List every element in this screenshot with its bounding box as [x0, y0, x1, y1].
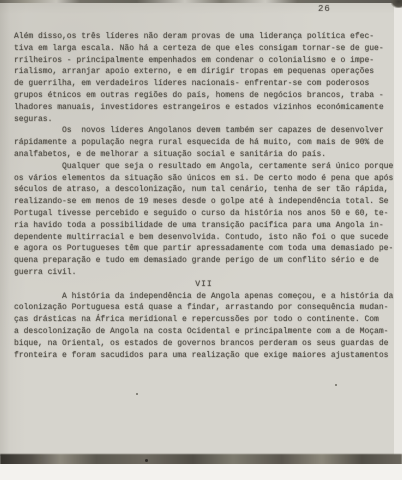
- text-line: a descolonização de Angola na costa Ocid…: [14, 326, 394, 338]
- text-body: Além disso,os três líderes não deram pro…: [14, 31, 394, 361]
- text-line: e agora os Portugueses têm que partir ap…: [14, 243, 394, 255]
- text-line: Portugal tivesse percebido e seguido o c…: [14, 208, 394, 220]
- text-line: de guerrilha, em verdadeiros líderes nac…: [14, 78, 394, 90]
- text-line: guerra civil.: [14, 267, 394, 279]
- paragraph: Qualquer que seja o resultado em Angola,…: [14, 161, 394, 279]
- text-line: quena preparação e tudo em demasiado gra…: [14, 255, 394, 267]
- scanned-document-page: 26 Além disso,os três líderes não deram …: [0, 0, 402, 480]
- scanner-bottom-margin: [0, 464, 402, 480]
- scanner-right-margin: [394, 0, 402, 456]
- section-heading: VII: [14, 279, 394, 291]
- scan-speck: [335, 384, 337, 386]
- text-line: rápidamente a população negra rural esqu…: [14, 137, 394, 149]
- text-line: seguras.: [14, 114, 394, 126]
- page-top-edge-shadow: [0, 0, 402, 3]
- text-line: Qualquer que seja o resultado em Angola,…: [14, 161, 394, 173]
- scan-speck: [136, 393, 138, 395]
- text-line: rialismo, arranjar apoio externo, e em d…: [14, 66, 394, 78]
- text-line: dependente multirracial e bem desenvolvi…: [14, 232, 394, 244]
- text-line: lhadores manuais, investidores estrangei…: [14, 102, 394, 114]
- text-line: bique, na Oriental, os estados de govern…: [14, 338, 394, 350]
- paragraph: Além disso,os três líderes não deram pro…: [14, 31, 394, 125]
- text-line: ria havido toda a possibilidade de uma t…: [14, 220, 394, 232]
- paragraph: Os novos líderes Angolanos devem também …: [14, 125, 394, 160]
- text-line: rrilheiros - principalmente empenhados e…: [14, 55, 394, 67]
- text-line: colonização Portuguesa está quase a find…: [14, 302, 394, 314]
- page-number: 26: [318, 4, 331, 14]
- text-line: Os novos líderes Angolanos devem também …: [14, 125, 394, 137]
- text-line: realizando-se em menos de 19 meses desde…: [14, 196, 394, 208]
- text-line: grupos étnicos em outras regiões do país…: [14, 90, 394, 102]
- text-line: Além disso,os três líderes não deram pro…: [14, 31, 394, 43]
- text-line: séculos de atraso, a descolonização, num…: [14, 184, 394, 196]
- text-line: fronteira e foram sacudidos para uma rea…: [14, 350, 394, 362]
- text-line: os vários elementos da situação são únic…: [14, 173, 394, 185]
- text-line: A história da independência de Angola ap…: [14, 291, 394, 303]
- text-line: analfabetos, e de melhorar a situação so…: [14, 149, 394, 161]
- text-line: ças drásticas na África meridional e rep…: [14, 314, 394, 326]
- scan-speck: [145, 459, 148, 462]
- text-line: tiva em larga escala. Não há a certeza d…: [14, 43, 394, 55]
- paragraph: A história da independência de Angola ap…: [14, 291, 394, 362]
- corner-ink-blot: [391, 0, 402, 8]
